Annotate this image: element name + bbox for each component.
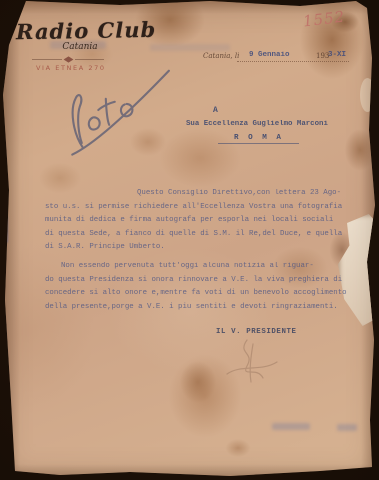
body-paragraph-1: Questo Consiglio Direttivo,con lettera 2… xyxy=(45,187,348,255)
recipient-city: R O M A xyxy=(218,134,299,144)
typed-line: munita di dedica e firma autografa per e… xyxy=(45,214,348,228)
recipient-name: Sua Eccellenza Guglielmo Marconi xyxy=(186,120,328,128)
recipient-salutation: A xyxy=(213,106,218,115)
typed-line: do questa Presidenza si onora rinnovare … xyxy=(45,274,348,288)
typed-line: Questo Consiglio Direttivo,con lettera 2… xyxy=(45,187,348,201)
photo-of-letter: Radio Club Catania VIA ETNEA 270 1552 xyxy=(0,0,379,480)
torn-edge-chip xyxy=(360,78,375,112)
ink-bleed-mark xyxy=(337,424,357,431)
letterhead-address: VIA ETNEA 270 xyxy=(36,64,106,72)
letterhead-club-name: Radio Club xyxy=(16,17,166,45)
dateline-typed-date: 9 Gennaio xyxy=(249,51,290,59)
typed-line: Non essendo pervenuta tutt'oggi alcuna n… xyxy=(45,260,348,274)
foto-handwriting xyxy=(45,61,195,168)
typed-line: sto u.s. si permise richiedere all'Eccel… xyxy=(45,201,348,215)
dateline: Catania, li 9 Gennaio 193 3-XI xyxy=(203,50,353,64)
ink-bleed-mark xyxy=(272,423,310,430)
dateline-printed-prefix: Catania, li xyxy=(203,52,239,60)
letterhead-ornament xyxy=(32,56,104,62)
signature-handwriting xyxy=(205,336,300,391)
dateline-typed-year-suffix: 3-XI xyxy=(328,51,346,59)
signature-title: IL V. PRESIDENTE xyxy=(216,328,297,336)
letter-paper: Radio Club Catania VIA ETNEA 270 1552 xyxy=(0,0,379,480)
typed-line: della presente,porge a V.E. i piu sentit… xyxy=(45,301,348,315)
dateline-dotted-rule xyxy=(237,61,349,62)
body-paragraph-2: Non essendo pervenuta tutt'oggi alcuna n… xyxy=(45,260,348,314)
typed-line: di S.A.R. Principe Umberto. xyxy=(45,241,348,255)
handwritten-ref-number: 1552 xyxy=(302,7,346,30)
ornament-rule-right xyxy=(75,59,105,60)
diamond-ornament-icon xyxy=(63,56,73,62)
letterhead-city: Catania xyxy=(50,42,110,52)
ornament-rule-left xyxy=(32,59,62,60)
typed-line: di questa Sede, a fianco di quelle di S.… xyxy=(45,228,348,242)
typed-line: concedere si alto onore e,mentre fa voti… xyxy=(45,287,348,301)
ink-bleed-mark xyxy=(2,216,8,243)
